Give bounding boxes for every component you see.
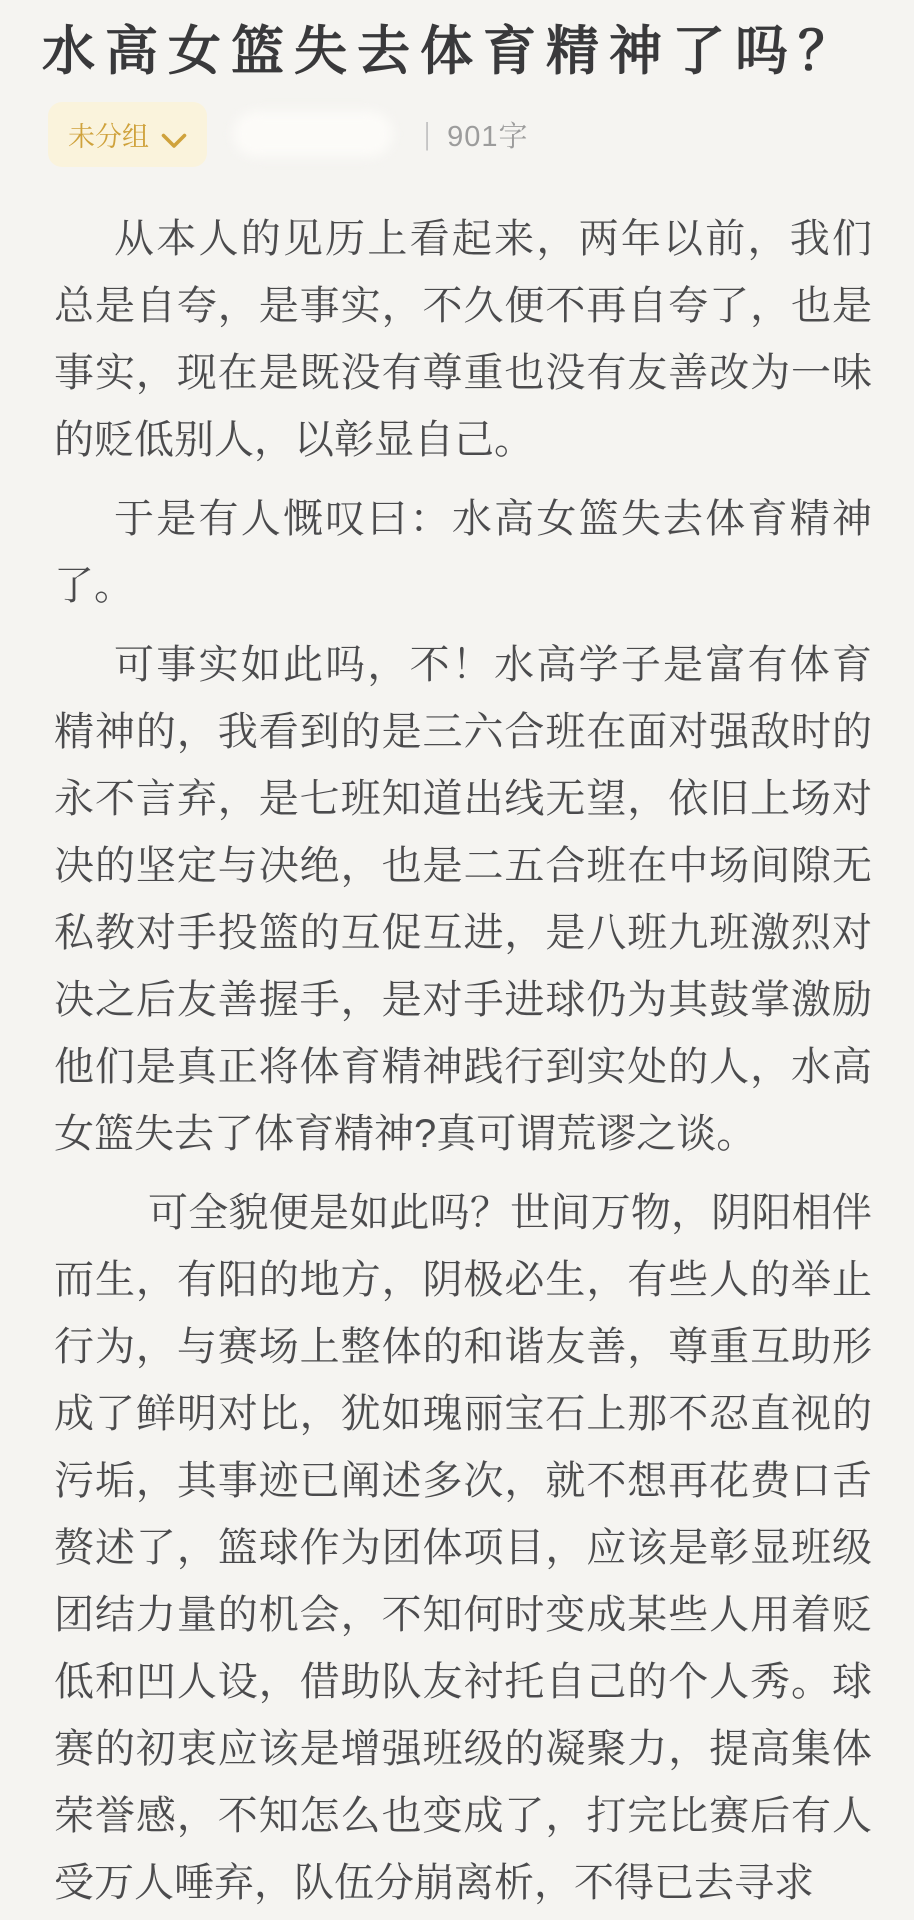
paragraph-1: 从本人的见历上看起来，两年以前，我们总是自夸，是事实，不久便不再自夸了，也是事实… [54, 206, 872, 474]
paragraph-3: 可事实如此吗，不！水高学子是富有体育精神的，我看到的是三六合班在面对强敌时的永不… [54, 632, 872, 1168]
meta-row: 未分组 | 901字 [54, 104, 872, 164]
note-page: 水高女篮失去体育精神了吗？ 未分组 | 901字 从本人的见历上看起来，两年以前… [0, 0, 914, 1920]
meta-divider: | [424, 116, 430, 152]
word-count: 901字 [447, 114, 528, 155]
paragraph-2: 于是有人慨叹曰：水高女篮失去体育精神了。 [54, 486, 872, 620]
paragraph-4: 可全貌便是如此吗？世间万物，阴阳相伴而生，有阳的地方，阴极必生，有些人的举止行为… [54, 1180, 872, 1917]
group-tag-label: 未分组 [68, 115, 149, 154]
note-title: 水高女篮失去体育精神了吗？ [42, 22, 872, 82]
redacted-author-blur [233, 111, 393, 157]
chevron-down-icon [161, 126, 187, 143]
note-body[interactable]: 从本人的见历上看起来，两年以前，我们总是自夸，是事实，不久便不再自夸了，也是事实… [54, 206, 872, 1917]
group-tag-button[interactable]: 未分组 [48, 102, 207, 167]
